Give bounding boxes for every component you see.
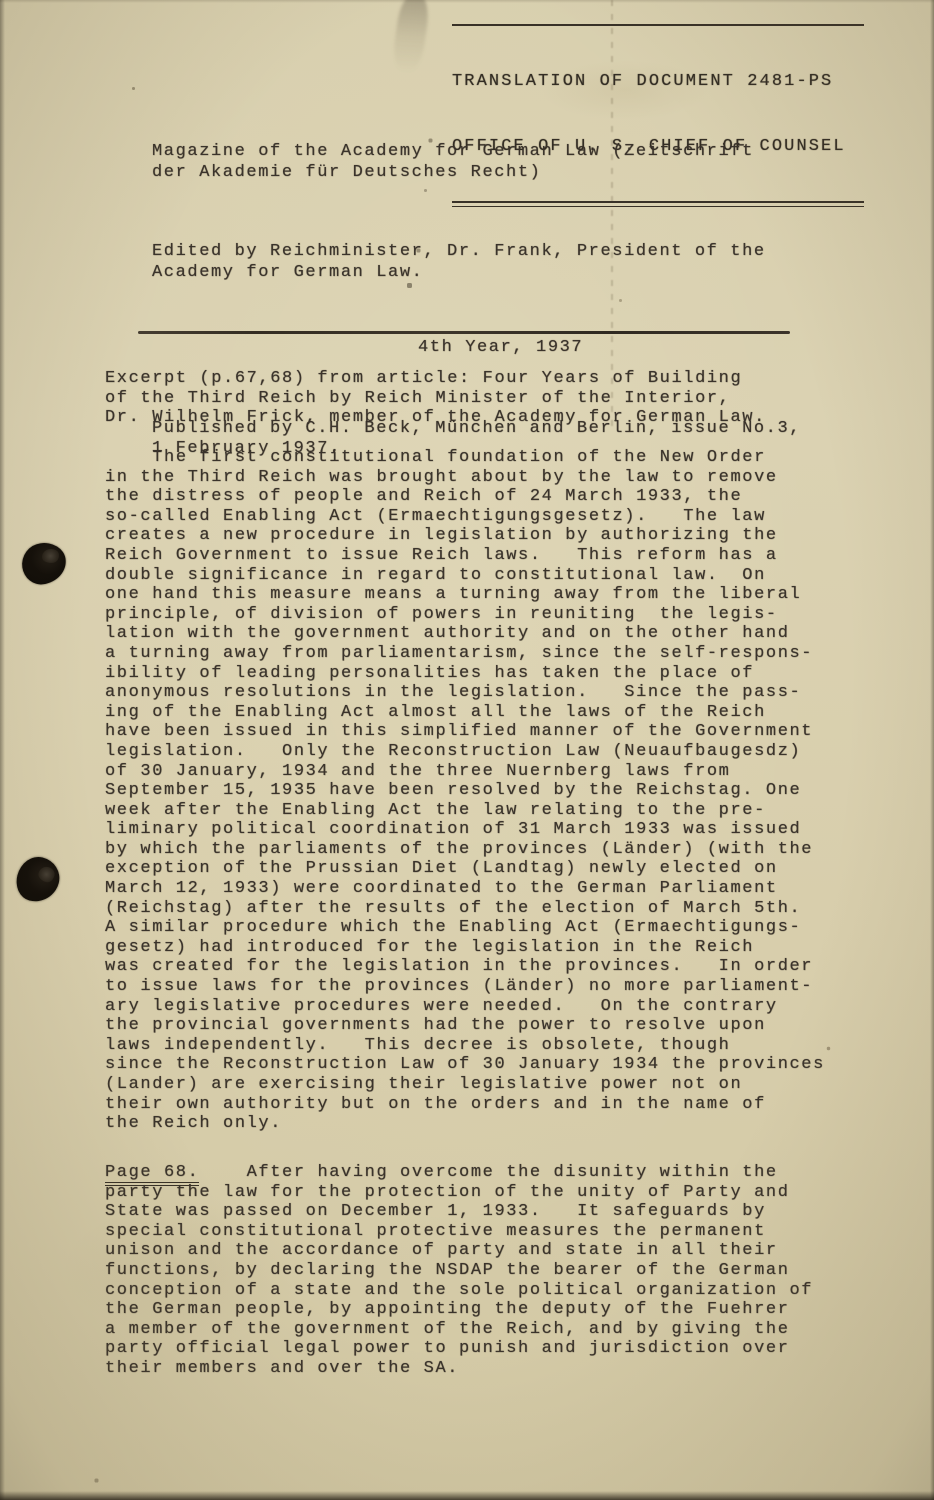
hole-punch-mark (19, 540, 68, 587)
editor-line: Edited by Reichminister, Dr. Frank, Pres… (152, 242, 801, 283)
page-edge-bottom (0, 1491, 934, 1500)
page-68-text: After having overcome the disunity withi… (105, 1163, 813, 1378)
ink-blob (19, 540, 68, 587)
page-edge-top (0, 0, 934, 3)
main-paragraph: The first constitutional foundation of t… (105, 448, 825, 1134)
stamp-line-1: TRANSLATION OF DOCUMENT 2481-PS (452, 71, 864, 93)
page-edge-right (930, 0, 934, 1500)
page-68-paragraph: Page 68. After having overcome the disun… (105, 1163, 813, 1379)
ink-smudge (391, 0, 432, 74)
paper-speckles (0, 0, 1, 1)
document-page: TRANSLATION OF DOCUMENT 2481-PS OFFICE O… (0, 0, 934, 1500)
ink-blob-highlight (41, 548, 59, 564)
year-line: 4th Year, 1937 (418, 338, 801, 359)
ink-blob-highlight (37, 865, 56, 884)
excerpt-heading: Excerpt (p.67,68) from article: Four Yea… (105, 369, 766, 428)
magazine-title: Magazine of the Academy for German Law (… (152, 142, 801, 183)
ink-blob (12, 853, 64, 907)
hole-punch-mark (12, 853, 64, 907)
page-edge-left (0, 0, 5, 1500)
masthead: Magazine of the Academy for German Law (… (152, 101, 801, 501)
horizontal-rule (138, 331, 790, 334)
